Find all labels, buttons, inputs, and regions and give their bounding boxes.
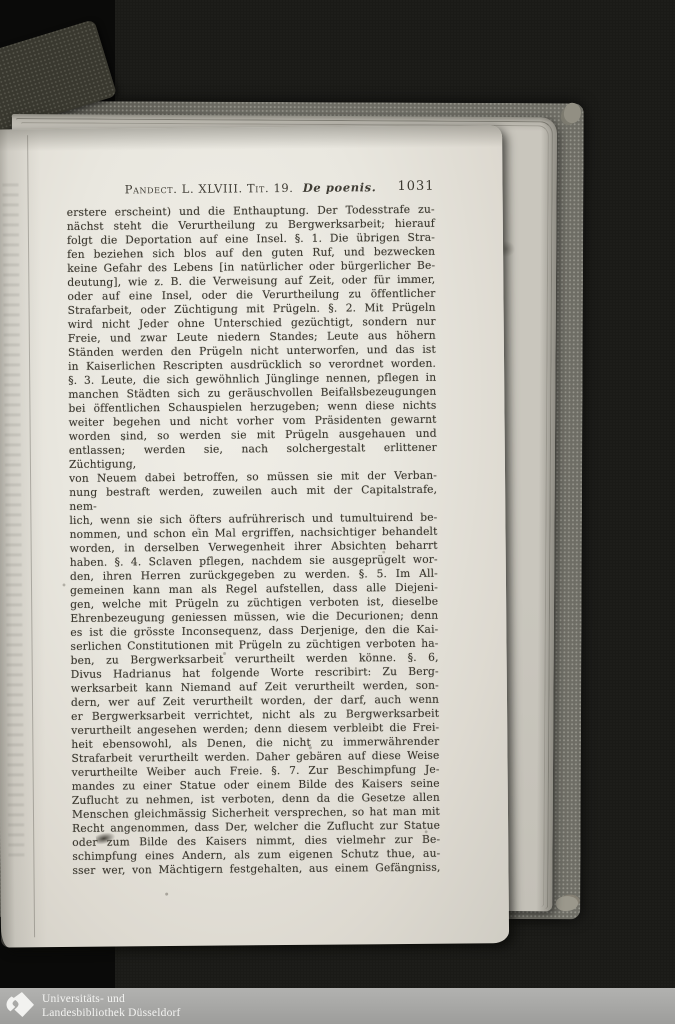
- library-name-line1: Universitäts- und: [42, 992, 181, 1006]
- header-title-group: Pandect. L. XLVIII. Tit. 19. De poenis.: [66, 180, 434, 197]
- page-number: 1031: [397, 179, 434, 194]
- body-text: erstere erscheint) und die Enthauptung. …: [67, 203, 441, 878]
- header-chapter-title: De poenis.: [303, 180, 377, 195]
- header-series-label: Pandect. L. XLVIII. Tit. 19.: [125, 181, 294, 196]
- library-name: Universitäts- und Landesbibliothek Düsse…: [42, 992, 181, 1020]
- text-line: sser wer, von Mächtigern festgehalten, a…: [72, 861, 440, 878]
- printed-text-area: Pandect. L. XLVIII. Tit. 19. De poenis. …: [66, 176, 434, 207]
- ulb-duesseldorf-logo-icon: [5, 991, 35, 1021]
- book-page: Pandect. L. XLVIII. Tit. 19. De poenis. …: [0, 125, 509, 947]
- text-line: entlassen; werden sie, nach solchergesta…: [69, 441, 437, 472]
- scanned-book-photo: Pandect. L. XLVIII. Tit. 19. De poenis. …: [0, 0, 675, 1024]
- library-name-line2: Landesbibliothek Düsseldorf: [42, 1006, 181, 1020]
- page-top-shadow: [0, 125, 502, 151]
- text-line: nung bestraft werden, zuweilen auch mit …: [69, 483, 437, 514]
- library-footer-bar: Universitäts- und Landesbibliothek Düsse…: [0, 988, 675, 1024]
